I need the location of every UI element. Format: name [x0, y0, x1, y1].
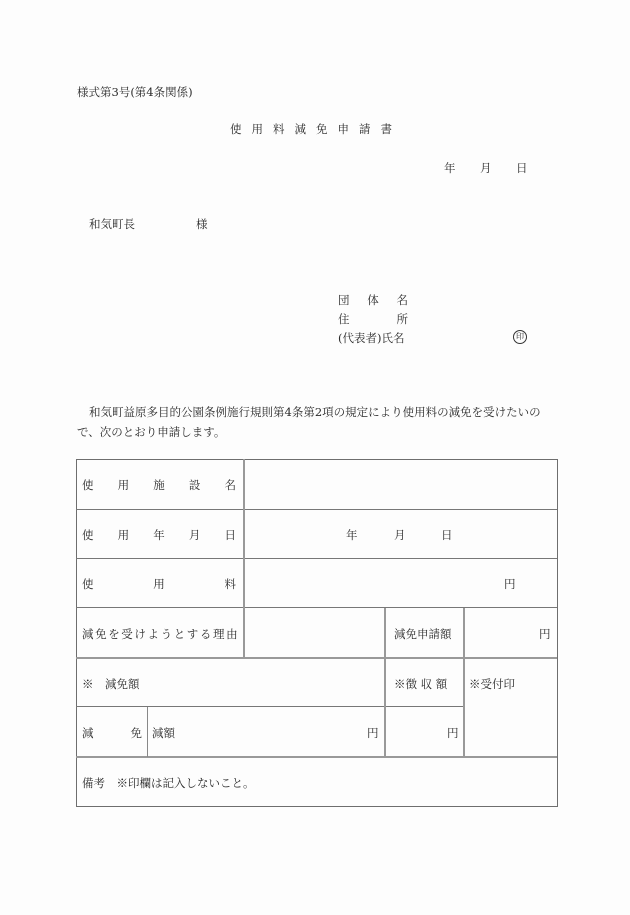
- row-divider: [76, 558, 557, 559]
- date-day-label: 日: [516, 160, 528, 176]
- document-title: 使用料減免申請書: [230, 121, 402, 137]
- reduction-amount-header: ※ 減免額: [82, 676, 140, 692]
- representative-name-label: (代表者)氏名: [338, 330, 404, 346]
- use-date-year[interactable]: 年: [346, 527, 358, 543]
- use-date-day[interactable]: 日: [441, 527, 453, 543]
- row-divider: [76, 509, 557, 510]
- fee-label: 使 用 料: [82, 576, 236, 592]
- column-divider: [463, 608, 465, 757]
- requested-amount-label: 減免申請額: [394, 626, 452, 642]
- column-divider: [384, 608, 386, 757]
- requested-amount-unit[interactable]: 円: [539, 626, 551, 642]
- reduction-amount-unit: 円: [367, 725, 379, 741]
- form-number: 様式第3号(第4条関係): [77, 84, 193, 100]
- use-date-label: 使 用 年 月 日: [82, 527, 236, 543]
- facility-name-label: 使 用 施 設 名: [82, 477, 236, 493]
- recipient: 和気町長: [89, 216, 135, 232]
- seal-icon: 印: [513, 330, 527, 344]
- date-month-label: 月: [480, 160, 492, 176]
- row-divider: [76, 607, 557, 608]
- remarks: 備考 ※印欄は記入しないこと。: [82, 775, 255, 791]
- row-divider: [76, 756, 557, 758]
- date-year-label: 年: [444, 160, 456, 176]
- row-divider: [76, 706, 463, 707]
- address-label: 住 所: [338, 311, 408, 327]
- collected-amount-unit: 円: [447, 725, 459, 741]
- org-name-label: 団 体 名: [338, 292, 408, 308]
- application-statement: 和気町益原多目的公園条例施行規則第4条第2項の規定により使用料の減免を受けたいの…: [77, 402, 562, 442]
- collected-amount-label: ※徴 収 額: [394, 676, 447, 692]
- use-date-month[interactable]: 月: [394, 527, 406, 543]
- recipient-honorific: 様: [196, 216, 208, 232]
- reduction-amount-label: 減額: [152, 725, 175, 741]
- facility-name-field[interactable]: [246, 461, 555, 507]
- reason-label: 減免を受けようとする理由: [82, 626, 239, 642]
- column-divider: [243, 459, 245, 658]
- reduction-label: 減 免: [82, 725, 142, 741]
- row-divider: [76, 657, 557, 659]
- fee-unit[interactable]: 円: [504, 576, 516, 592]
- reason-field[interactable]: [246, 610, 382, 656]
- receipt-stamp-label: ※受付印: [469, 676, 515, 692]
- column-divider: [147, 707, 148, 757]
